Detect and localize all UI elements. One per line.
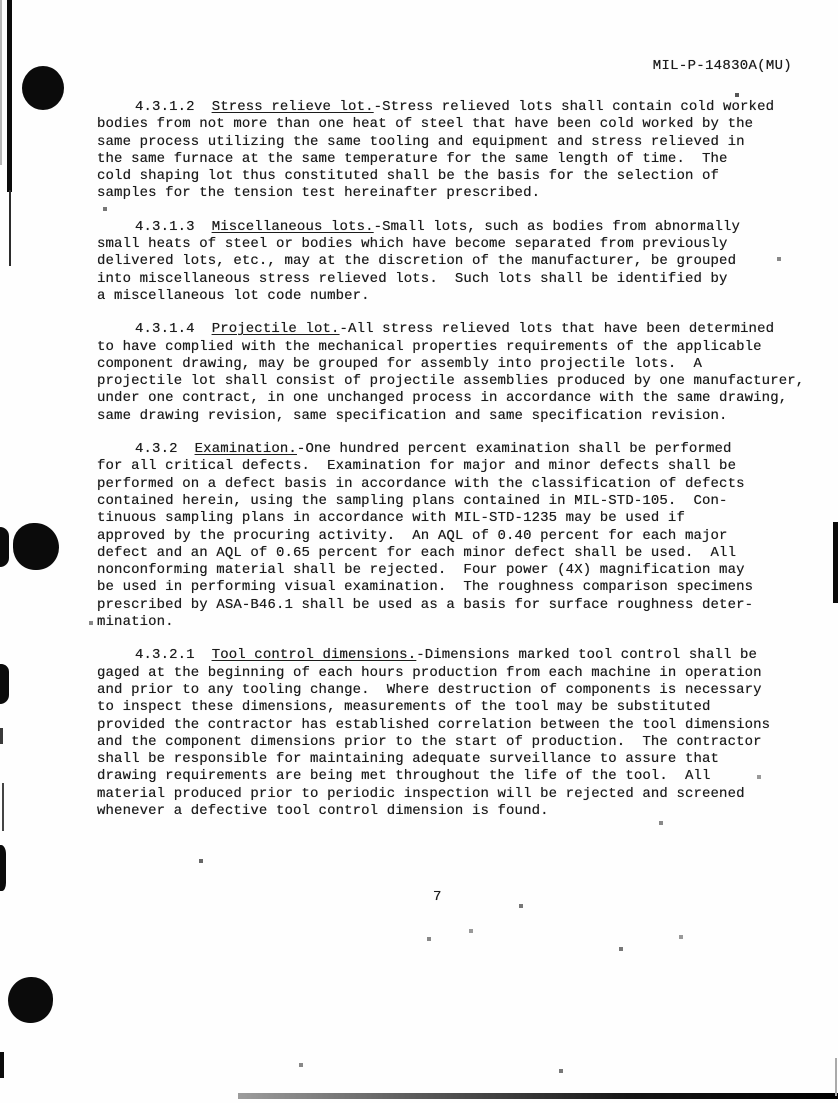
paragraph-4.3.1.2: 4.3.1.2 Stress relieve lot.-Stress relie… — [97, 99, 813, 203]
paragraph-title: Projectile lot. — [212, 321, 340, 337]
scan-edge-shadow-top — [0, 0, 2, 165]
paragraph-title: Miscellaneous lots. — [212, 219, 374, 235]
hole-punch-mark-bottom — [8, 977, 53, 1023]
edge-jagged-marks — [0, 845, 6, 891]
hole-punch-mark-top — [22, 66, 64, 110]
hole-punch-mark-middle — [13, 523, 59, 570]
scan-edge-line-top — [7, 0, 12, 192]
paragraph-number: 4.3.1.4 — [135, 321, 212, 337]
paragraph-4.3.2.1: 4.3.2.1 Tool control dimensions.-Dimensi… — [97, 647, 813, 820]
edge-tick-mark — [0, 728, 3, 744]
scan-edge-line-tail — [9, 190, 11, 266]
document-reference-number: MIL-P-14830A(MU) — [653, 58, 792, 74]
paragraph-number: 4.3.1.3 — [135, 219, 212, 235]
scan-bar-bottom — [238, 1093, 838, 1099]
scan-noise-speckles — [0, 0, 2, 2]
paragraph-title: Examination. — [195, 441, 297, 457]
paragraph-4.3.1.3: 4.3.1.3 Miscellaneous lots.-Small lots, … — [97, 219, 813, 305]
edge-blob-lower — [0, 664, 9, 704]
paragraph-4.3.1.4: 4.3.1.4 Projectile lot.-All stress relie… — [97, 321, 813, 425]
edge-blob-middle — [0, 527, 9, 567]
paragraph-4.3.2: 4.3.2 Examination.-One hundred percent e… — [97, 441, 813, 631]
paragraph-number: 4.3.2 — [135, 441, 195, 457]
paragraph-title: Stress relieve lot. — [212, 99, 374, 115]
paragraph-number: 4.3.1.2 — [135, 99, 212, 115]
paragraph-title: Tool control dimensions. — [212, 647, 417, 663]
scan-edge-faint-right — [835, 1058, 837, 1096]
page-number: 7 — [433, 889, 441, 905]
paragraph-number: 4.3.2.1 — [135, 647, 212, 663]
edge-mark-bottom — [0, 1052, 4, 1078]
edge-thin-line — [2, 783, 4, 831]
document-body: 4.3.1.2 Stress relieve lot.-Stress relie… — [97, 99, 813, 836]
scan-bar-right-edge — [833, 522, 838, 603]
scanned-document-page: MIL-P-14830A(MU) 4.3.1.2 Stress relieve … — [0, 0, 838, 1103]
